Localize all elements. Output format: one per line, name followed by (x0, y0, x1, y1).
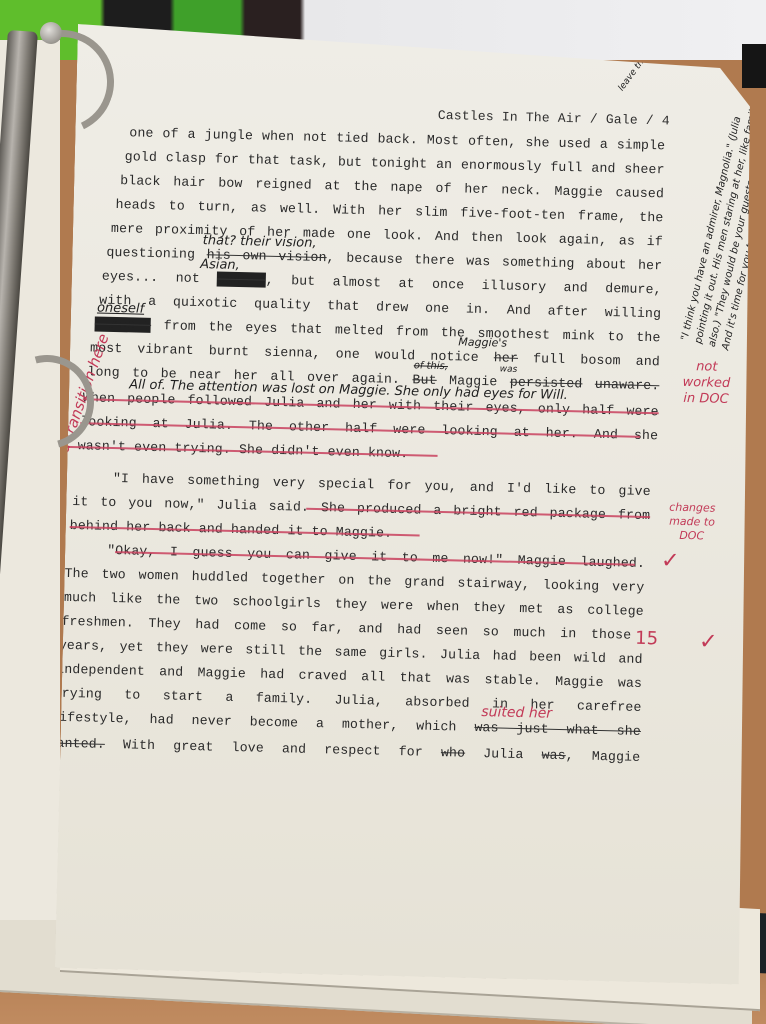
typed-line: trying to start a family. Julia, absorbe… (53, 686, 641, 715)
typed-text: lifestyle, had never become a mother, wh… (51, 710, 475, 735)
typed-line-edited: eyes... not exotic, but almost at once i… (102, 269, 662, 298)
typed-text: , because there was something about her (326, 250, 662, 273)
handwritten-insert: was (500, 364, 518, 374)
typed-line: much like the two schoolgirls they were … (64, 590, 644, 619)
binder-ring-post (40, 22, 62, 44)
typed-text: Julia (465, 746, 542, 763)
typed-line: years, yet they were still the same girl… (59, 638, 643, 667)
struck-text: her (494, 350, 519, 366)
manuscript-page: Castles In The Air / Gale / 4 one of a j… (55, 24, 762, 984)
typed-line-edited: himself from the eyes that melted from t… (94, 316, 660, 345)
typed-line: The two women huddled together on the gr… (64, 566, 644, 595)
margin-note-not-worked: not worked in DOC (681, 359, 732, 408)
typed-line: mere proximity of her made one look. And… (111, 221, 663, 249)
typed-text: With great love and respect for (105, 737, 441, 760)
handwritten-margin-quote: "I think you have an admirer, Magnolia."… (678, 86, 766, 352)
background-object (742, 44, 766, 88)
struck-text: himself (94, 316, 151, 332)
page-header: Castles In The Air / Gale / 4 (438, 108, 670, 129)
typed-line-edited: most vibrant burnt sienna, one would not… (90, 340, 660, 369)
typed-line: black hair bow reigned at the nape of he… (120, 173, 664, 201)
typed-line: independent and Maggie had craved all th… (56, 662, 642, 691)
typed-line: "I have something very special for you, … (113, 471, 651, 499)
handwritten-insert: of this, (414, 360, 449, 372)
handwritten-insert: oneself (97, 301, 145, 317)
typed-line-edited: lifestyle, had never become a mother, wh… (51, 710, 641, 739)
struck-text: was (541, 748, 566, 764)
typed-line-edited: wanted. With great love and respect for … (48, 735, 640, 764)
struck-text: was just what she (474, 720, 641, 739)
typed-line: one of a jungle when not tied back. Most… (129, 125, 665, 153)
margin-note-changes-made: changes made to DOC (664, 500, 721, 543)
struck-text: unaware. (595, 377, 660, 394)
handwritten-insert: Maggie's (458, 335, 507, 349)
checkmark-icon: ✓ (699, 629, 718, 654)
handwritten-insert: suited her (481, 704, 552, 722)
typed-text (582, 376, 595, 391)
struck-text: who (441, 745, 466, 761)
typed-line-edited: questioning his own vision, because ther… (106, 245, 662, 274)
handwritten-insert: Asian, (200, 257, 240, 273)
typed-line: gold clasp for that task, but tonight an… (125, 149, 665, 177)
typed-text: , but almost at once illusory and demure… (265, 273, 661, 298)
typed-text: full bosom and (518, 351, 660, 369)
typed-text: from the eyes that melted from the smoot… (151, 318, 661, 345)
typed-text: questioning (106, 245, 207, 262)
typed-line: with a quixotic quality that drew one in… (99, 293, 661, 322)
typed-text: , Maggie (566, 748, 641, 765)
handwritten-insert: that? their vision, (203, 233, 317, 251)
typed-line: freshmen. They had come so far, and had … (61, 614, 631, 643)
checkmark-icon: ✓ (661, 548, 680, 573)
struck-text: exotic (217, 271, 266, 287)
typed-line: heads to turn, as well. With her slim fi… (115, 197, 663, 225)
margin-number: 15 (635, 628, 658, 650)
